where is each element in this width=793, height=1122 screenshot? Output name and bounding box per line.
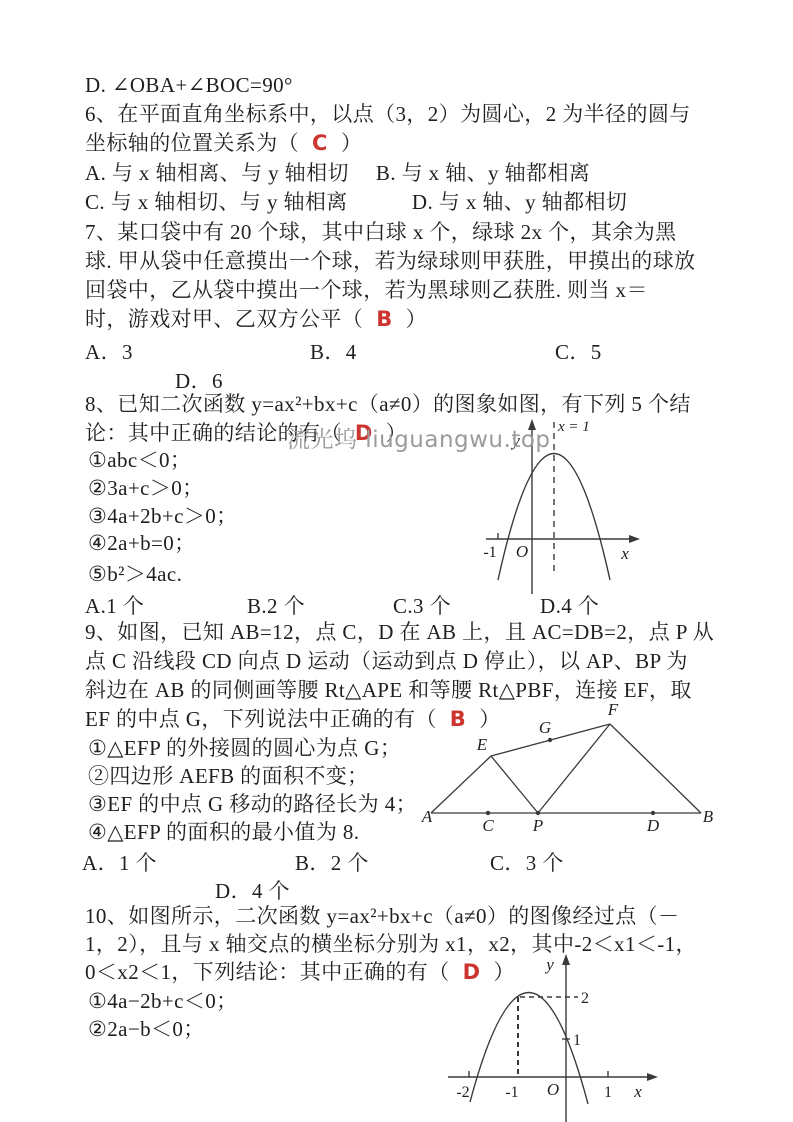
q7-stem-line-4: 时，游戏对甲、乙双方公平（B） bbox=[85, 306, 427, 333]
q8-statement-4: ④2a+b=0； bbox=[88, 530, 196, 557]
parabola-curve bbox=[498, 454, 610, 581]
q9-option-b: B．2 个 bbox=[295, 847, 369, 877]
q10-stem-line-1: 10、如图所示，二次函数 y=ax²+bx+c（a≠0）的图像经过点（－ bbox=[85, 903, 679, 930]
q9-statement-2: ②四边形 AEFB 的面积不变； bbox=[88, 763, 369, 790]
q6-options-ab: A. 与 x 轴相离、与 y 轴相切 B. 与 x 轴、y 轴都相离 bbox=[85, 160, 590, 187]
q10-stem-text: 0＜x2＜1，下列结论：其中正确的有（ bbox=[85, 960, 450, 984]
x-axis-arrow bbox=[629, 535, 640, 543]
q7-option-a: A．3 bbox=[85, 336, 133, 366]
q8-option-a: A.1 个 bbox=[85, 590, 144, 620]
q6-answer-letter: C bbox=[312, 131, 328, 155]
q9-option-c: C．3 个 bbox=[490, 847, 564, 877]
y-axis-arrow bbox=[562, 954, 570, 965]
q7-stem-line-1: 7、某口袋中有 20 个球，其中白球 x 个，绿球 2x 个，其余为黑 bbox=[85, 219, 677, 246]
xtick-1-label: 1 bbox=[604, 1084, 612, 1101]
segment-PF bbox=[538, 724, 610, 813]
parabola-curve bbox=[470, 992, 588, 1104]
label-A: A bbox=[421, 807, 433, 826]
y-axis-label: y bbox=[544, 955, 554, 974]
origin-label: O bbox=[547, 1080, 559, 1099]
label-G: G bbox=[539, 718, 551, 737]
ytick-1-label: 1 bbox=[573, 1032, 581, 1049]
ytick-2-label: 2 bbox=[581, 990, 589, 1007]
exam-page: 流光坞 liuguangwu.top D. ∠OBA+∠BOC=90° 6、在平… bbox=[0, 0, 793, 1122]
q9-stem-line-1: 9、如图，已知 AB=12，点 C，D 在 AB 上，且 AC=DB=2，点 P… bbox=[85, 619, 714, 646]
q6-stem-line-1: 6、在平面直角坐标系中，以点（3，2）为圆心，2 为半径的圆与 bbox=[85, 101, 691, 128]
label-D: D bbox=[646, 816, 660, 835]
label-C: C bbox=[482, 816, 494, 835]
q8-statement-1: ①abc＜0； bbox=[88, 447, 191, 474]
q9-option-d: D．4 个 bbox=[215, 875, 290, 905]
q5-option-d: D. ∠OBA+∠BOC=90° bbox=[85, 72, 293, 99]
q7-option-c: C．5 bbox=[555, 336, 602, 366]
q9-statement-4: ④△EFP 的面积的最小值为 8. bbox=[88, 819, 359, 846]
close-paren: ） bbox=[406, 307, 427, 331]
point-P-dot bbox=[536, 811, 540, 815]
q6-stem-line-2: 坐标轴的位置关系为（C） bbox=[85, 130, 362, 157]
x-axis-label: x bbox=[620, 544, 629, 563]
q9-option-a: A．1 个 bbox=[82, 847, 157, 877]
q7-option-b: B．4 bbox=[310, 336, 357, 366]
watermark-text: 流光坞 liuguangwu.top bbox=[287, 421, 551, 454]
q9-statement-1: ①△EFP 的外接圆的圆心为点 G； bbox=[88, 735, 401, 762]
origin-label: O bbox=[516, 542, 528, 561]
point-G-dot bbox=[548, 738, 552, 742]
q9-statement-3: ③EF 的中点 G 移动的路径长为 4； bbox=[88, 791, 417, 818]
segment-EP bbox=[491, 756, 538, 813]
q8-option-c: C.3 个 bbox=[393, 590, 451, 620]
q6-stem-text: 坐标轴的位置关系为（ bbox=[85, 131, 299, 155]
q8-statement-3: ③4a+2b+c＞0； bbox=[88, 503, 238, 530]
q6-options-cd: C. 与 x 轴相切、与 y 轴相离 D. 与 x 轴、y 轴都相切 bbox=[85, 189, 627, 216]
q8-statement-2: ②3a+c＞0； bbox=[88, 475, 204, 502]
point-D-dot bbox=[651, 811, 655, 815]
x-axis-label: x bbox=[633, 1082, 642, 1101]
xtick-minus2-label: -2 bbox=[456, 1084, 469, 1101]
q7-stem-text: 时，游戏对甲、乙双方公平（ bbox=[85, 307, 363, 331]
figure-q9-triangles: A B C P D E F G bbox=[421, 700, 717, 843]
q9-stem-text: EF 的中点 G，下列说法中正确的有（ bbox=[85, 707, 437, 731]
label-E: E bbox=[476, 735, 488, 754]
segment-AE bbox=[431, 756, 491, 813]
symmetry-line-label: x = 1 bbox=[557, 419, 590, 435]
label-P: P bbox=[532, 816, 543, 835]
figure-q10-parabola: y x O -2 -1 1 2 1 bbox=[436, 952, 694, 1122]
q10-statement-2: ②2a−b＜0； bbox=[88, 1016, 205, 1043]
label-F: F bbox=[607, 700, 619, 719]
segment-FB bbox=[610, 724, 701, 813]
q7-stem-line-3: 回袋中，乙从袋中摸出一个球，若为黑球则乙获胜. 则当 x＝ bbox=[85, 277, 648, 304]
q7-stem-line-2: 球. 甲从袋中任意摸出一个球，若为绿球则甲获胜，甲摸出的球放 bbox=[85, 248, 696, 275]
q8-statement-5: ⑤b²＞4ac. bbox=[88, 561, 182, 588]
xtick-minus1-label: -1 bbox=[505, 1084, 518, 1101]
q9-stem-line-2: 点 C 沿线段 CD 向点 D 运动（运动到点 D 停止），以 AP、BP 为 bbox=[85, 648, 688, 675]
point-C-dot bbox=[486, 811, 490, 815]
label-B: B bbox=[703, 807, 714, 826]
q7-answer-letter: B bbox=[376, 307, 392, 331]
xtick-minus1-label: -1 bbox=[483, 544, 496, 561]
q10-statement-1: ①4a−2b+c＜0； bbox=[88, 988, 238, 1015]
x-axis-arrow bbox=[647, 1073, 658, 1081]
close-paren: ） bbox=[341, 131, 362, 155]
q8-option-b: B.2 个 bbox=[247, 590, 305, 620]
